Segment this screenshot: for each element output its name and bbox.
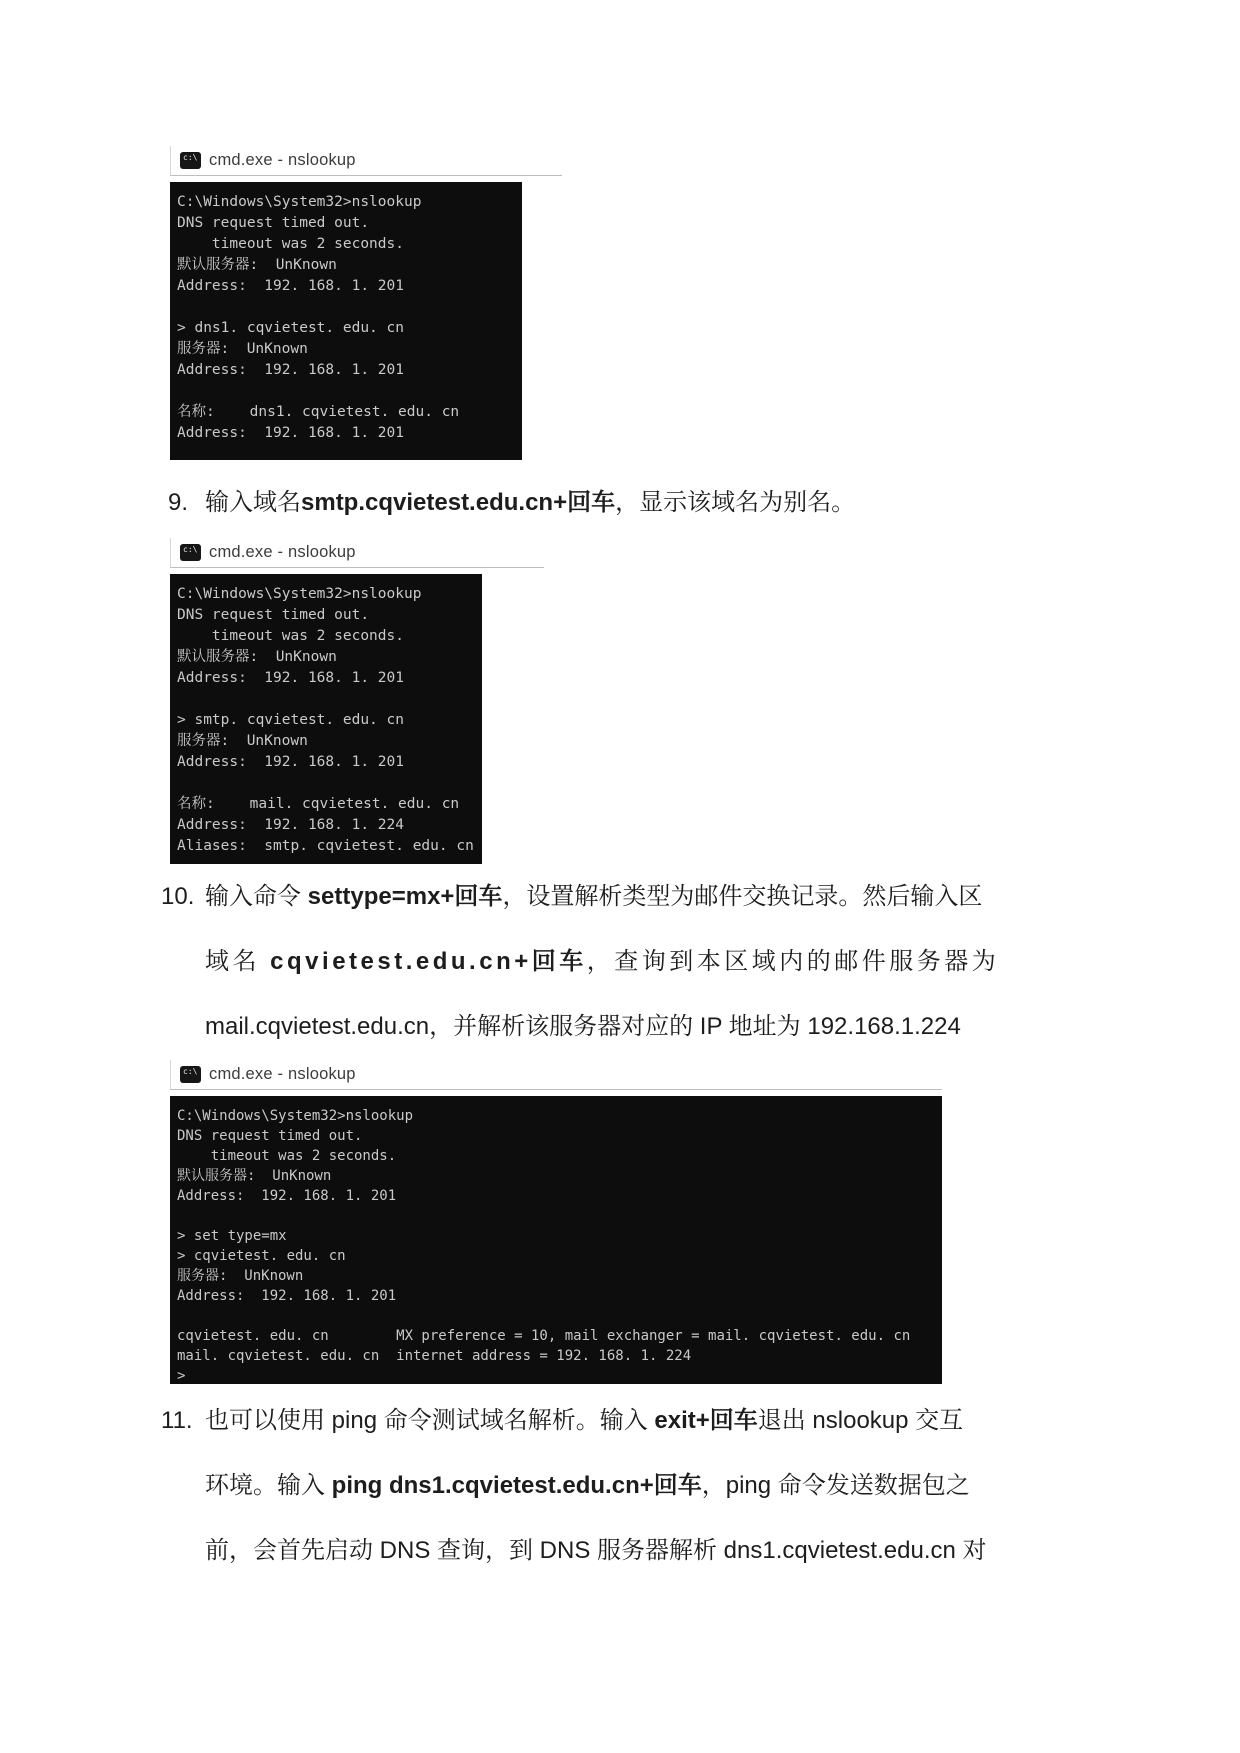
step-text-line: 输入命令 settype=mx+回车，设置解析类型为邮件交换记录。然后输入区 (205, 880, 999, 945)
cmd-window-title: cmd.exe - nslookup (209, 543, 356, 562)
step-text-segment: 也可以使用 ping 命令测试域名解析。输入 (205, 1407, 654, 1434)
cmd-icon (180, 152, 201, 169)
step-text-line: 前，会首先启动 DNS 查询，到 DNS 服务器解析 dns1.cqvietes… (205, 1534, 987, 1599)
cmd-icon (180, 544, 201, 561)
step-text-segment: mail.cqvietest.edu.cn，并解析该服务器对应的 IP 地址为 … (205, 1013, 961, 1040)
step-number-10: 10. (161, 880, 194, 914)
step-text-bold-segment: exit+回车 (654, 1407, 757, 1434)
step-text-segment: ，设置解析类型为邮件交换记录。然后输入区 (502, 883, 982, 910)
step-text-segment: 输入命令 (205, 883, 308, 910)
step-text-line: 环境。输入 ping dns1.cqvietest.edu.cn+回车，ping… (205, 1469, 987, 1534)
step-text-segment: ，查询到本区域内的邮件服务器为 (587, 948, 1000, 975)
step-text-segment: 前，会首先启动 DNS 查询，到 DNS 服务器解析 dns1.cqvietes… (205, 1537, 987, 1564)
document-page: cmd.exe - nslookup C:\Windows\System32>n… (0, 0, 1240, 1753)
cmd-screenshot-smtp-lookup: cmd.exe - nslookup C:\Windows\System32>n… (170, 538, 544, 864)
step-text-bold-segment: settype=mx+回车 (308, 883, 503, 910)
step-text-10: 输入命令 settype=mx+回车，设置解析类型为邮件交换记录。然后输入区域名… (205, 880, 999, 1075)
console-output-mx: C:\Windows\System32>nslookup DNS request… (170, 1096, 942, 1384)
step-text-segment: 环境。输入 (205, 1472, 332, 1499)
cmd-window-title: cmd.exe - nslookup (209, 1065, 356, 1084)
console-output-smtp: C:\Windows\System32>nslookup DNS request… (170, 574, 482, 864)
cmd-titlebar: cmd.exe - nslookup (170, 1060, 942, 1090)
cmd-screenshot-mx-lookup: cmd.exe - nslookup C:\Windows\System32>n… (170, 1060, 942, 1384)
step-text-segment: 输入域名 (205, 489, 301, 516)
step-text-11: 也可以使用 ping 命令测试域名解析。输入 exit+回车退出 nslooku… (205, 1404, 987, 1599)
step-text-segment: ，显示该域名为别名。 (615, 489, 855, 516)
cmd-titlebar: cmd.exe - nslookup (170, 146, 562, 176)
step-text-bold-segment: smtp.cqvietest.edu.cn+回车 (301, 489, 615, 516)
step-text-line: 也可以使用 ping 命令测试域名解析。输入 exit+回车退出 nslooku… (205, 1404, 987, 1469)
step-text-segment: 退出 nslookup 交互 (758, 1407, 963, 1434)
step-text-segment: ，ping 命令发送数据包之 (702, 1472, 970, 1499)
console-output-dns1: C:\Windows\System32>nslookup DNS request… (170, 182, 522, 460)
step-text-segment: 域名 (205, 948, 270, 975)
step-text-bold-segment: ping dns1.cqvietest.edu.cn+回车 (332, 1472, 702, 1499)
step-text-line: 域名 cqvietest.edu.cn+回车，查询到本区域内的邮件服务器为 (205, 945, 999, 1010)
step-number-11: 11. (161, 1404, 193, 1438)
cmd-window-title: cmd.exe - nslookup (209, 151, 356, 170)
cmd-titlebar: cmd.exe - nslookup (170, 538, 544, 568)
cmd-icon (180, 1066, 201, 1083)
step-number-9: 9. (168, 486, 188, 520)
cmd-screenshot-dns1-lookup: cmd.exe - nslookup C:\Windows\System32>n… (170, 146, 562, 460)
step-text-bold-segment: cqvietest.edu.cn+回车 (270, 948, 587, 975)
